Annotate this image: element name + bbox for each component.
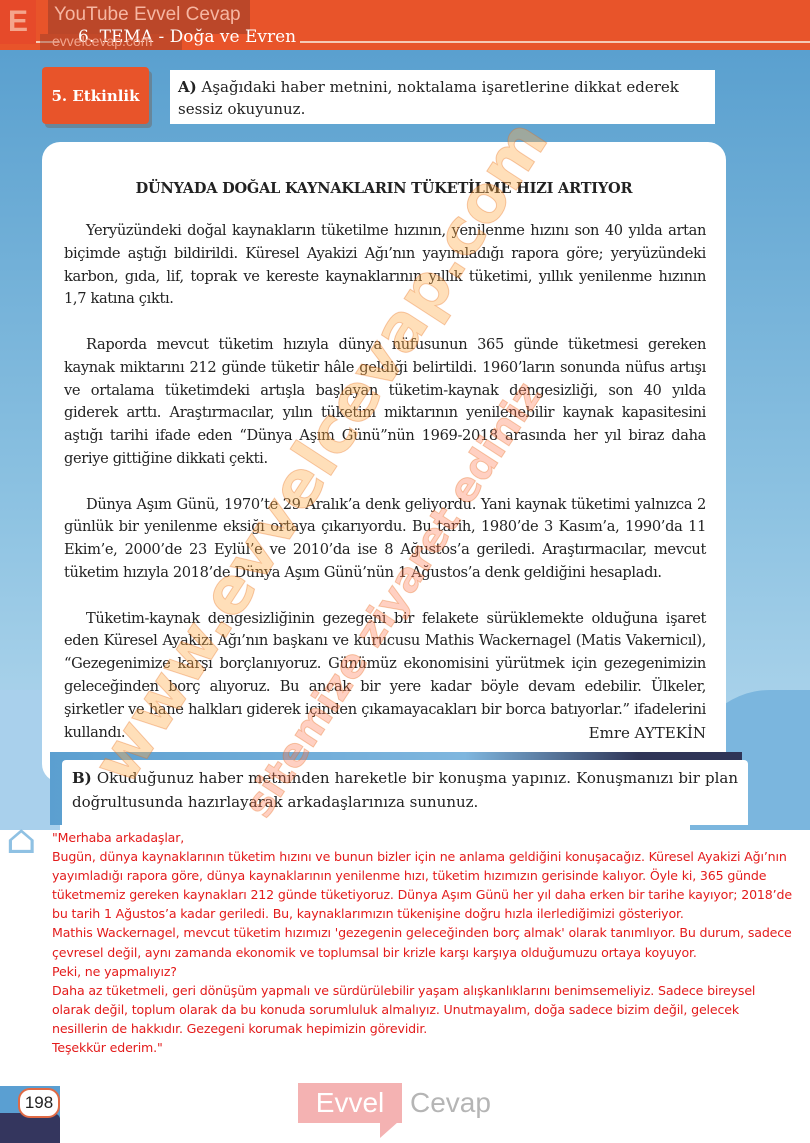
article-author: Emre AYTEKİN: [589, 724, 706, 742]
header-rule: [300, 41, 810, 43]
task-a-label: A): [178, 78, 197, 96]
article-paragraph: Yeryüzündeki doğal kaynakların tüketilme…: [64, 220, 706, 311]
answer-line: Peki, ne yapmalıyız?: [52, 962, 792, 981]
article-body: Yeryüzündeki doğal kaynakların tüketilme…: [64, 220, 706, 767]
brand-url[interactable]: evvelcevap.com: [52, 33, 152, 49]
task-a-box: A) Aşağıdaki haber metnini, noktalama iş…: [170, 70, 715, 124]
article-title: DÜNYADA DOĞAL KAYNAKLARIN TÜKETİLME HIZI…: [42, 180, 726, 197]
brand-channel-name[interactable]: YouTube Evvel Cevap: [54, 4, 241, 26]
answer-line: Daha az tüketmeli, geri dönüşüm yapmalı …: [52, 981, 792, 1038]
article-paragraph: Dünya Aşım Günü, 1970’te 29 Aralık’a den…: [64, 494, 706, 585]
answer-text: "Merhaba arkadaşlar, Bugün, dünya kaynak…: [52, 828, 792, 1057]
task-b-box: B) Okuduğunuz haber metninden hareketle …: [62, 760, 748, 825]
answer-line: "Merhaba arkadaşlar,: [52, 828, 792, 847]
task-b-label: B): [72, 769, 92, 787]
answer-line: Mathis Wackernagel, mevcut tüketim hızım…: [52, 923, 792, 961]
footer-logo-cevap: Cevap: [410, 1083, 491, 1123]
brand-logo-icon: E: [0, 0, 36, 44]
task-b-text: Okuduğunuz haber metninden hareketle bir…: [72, 769, 738, 811]
article-paragraph: Raporda mevcut tüketim hızıyla dünya nüf…: [64, 334, 706, 471]
speech-bubble-tail-icon: [380, 1122, 398, 1138]
answer-line: Teşekkür ederim.": [52, 1038, 792, 1057]
article-card: DÜNYADA DOĞAL KAYNAKLARIN TÜKETİLME HIZI…: [42, 142, 726, 782]
answer-line: Bugün, dünya kaynaklarının tüketim hızın…: [52, 847, 792, 923]
task-a-text: Aşağıdaki haber metnini, noktalama işare…: [178, 78, 679, 118]
page-number: 198: [18, 1088, 60, 1118]
activity-badge: 5. Etkinlik: [42, 67, 149, 124]
footer-logo-evvel: Evvel: [298, 1083, 402, 1123]
power-tower-icon: ⌂: [6, 810, 32, 870]
